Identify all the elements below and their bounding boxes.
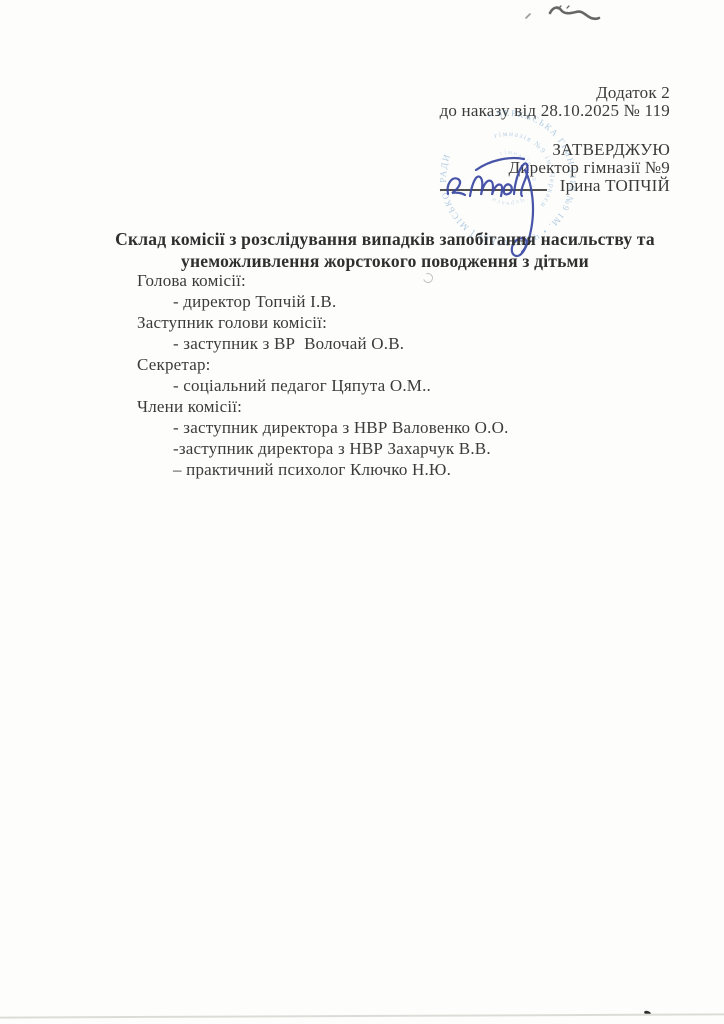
commission-line: Секретар:: [137, 354, 684, 375]
scan-smudge-artifact: [520, 2, 620, 30]
document-title-line2: унеможливлення жорстокого поводження з д…: [90, 250, 680, 272]
commission-line: - заступник директора з НВР Валовенко О.…: [137, 417, 684, 438]
appendix-number: Додаток 2: [440, 84, 670, 102]
header-spacer: [440, 120, 670, 141]
commission-line: - заступник з ВР Волочай О.В.: [137, 333, 684, 354]
commission-line: -заступник директора з НВР Захарчук В.В.: [137, 438, 684, 459]
commission-line: - директор Топчій І.В.: [137, 291, 684, 312]
commission-line: Заступник голови комісії:: [137, 312, 684, 333]
scanned-document-page: • ЧЕРКАСЬКА ГІМНАЗІЯ №9 ІМ. • ЧЕРКАСЬКОЇ…: [0, 0, 724, 1024]
page-scan-edge: [0, 1013, 724, 1018]
commission-list: Голова комісії:- директор Топчій І.В.Зас…: [137, 270, 684, 480]
document-title-line1: Склад комісії з розслідування випадків з…: [90, 228, 680, 250]
commission-line: - соціальний педагог Цяпута О.М..: [137, 375, 684, 396]
commission-line: – практичний психолог Ключко Н.Ю.: [137, 459, 684, 480]
commission-line: Голова комісії:: [137, 270, 684, 291]
commission-line: Члени комісії:: [137, 396, 684, 417]
document-title: Склад комісії з розслідування випадків з…: [90, 228, 680, 272]
order-reference: до наказу від 28.10.2025 № 119: [440, 102, 670, 120]
